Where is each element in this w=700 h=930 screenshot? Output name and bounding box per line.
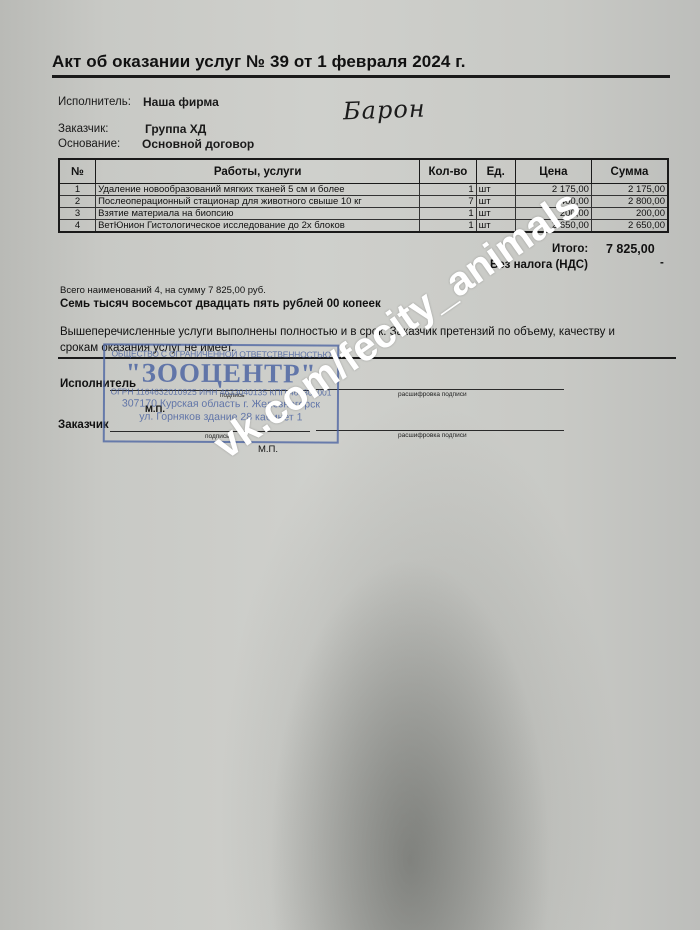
basis-value: Основной договор	[142, 137, 254, 151]
handwritten-note: Барон	[343, 95, 427, 126]
col-header-unit: Ед.	[476, 159, 515, 184]
row-sum: 2 800,00	[591, 196, 668, 208]
row-number: 1	[59, 184, 96, 196]
executor-value: Наша фирма	[143, 95, 219, 109]
customer-value: Группа ХД	[145, 122, 206, 136]
customer-decode-line[interactable]	[316, 430, 564, 431]
row-work: ВетЮнион Гистологическое исследование до…	[96, 220, 420, 233]
title-divider	[52, 75, 670, 78]
row-qty: 1	[420, 208, 476, 220]
customer-signature-label: Заказчик	[58, 419, 109, 431]
vat-value: -	[660, 257, 664, 269]
row-work: Послеоперационный стационар для животног…	[96, 196, 420, 208]
row-number: 2	[59, 196, 96, 208]
row-qty: 7	[420, 196, 476, 208]
total-label: Итого:	[552, 243, 588, 255]
row-sum: 2 650,00	[591, 220, 668, 233]
row-sum: 200,00	[591, 208, 668, 220]
table-header-row: № Работы, услуги Кол-во Ед. Цена Сумма	[59, 159, 668, 184]
row-qty: 1	[420, 220, 476, 233]
col-header-qty: Кол-во	[420, 159, 476, 184]
total-value: 7 825,00	[606, 242, 655, 256]
row-unit: шт	[476, 184, 515, 196]
col-header-work: Работы, услуги	[96, 159, 420, 184]
customer-decode-caption: расшифровка подписи	[398, 432, 467, 439]
row-qty: 1	[420, 184, 476, 196]
executor-decode-caption: расшифровка подписи	[398, 391, 467, 398]
executor-decode-line[interactable]	[316, 389, 564, 390]
customer-label: Заказчик:	[58, 123, 108, 135]
row-number: 3	[59, 208, 96, 220]
table-row: 1Удаление новообразований мягких тканей …	[59, 184, 668, 196]
executor-label: Исполнитель:	[58, 96, 131, 108]
row-unit: шт	[476, 196, 515, 208]
col-header-number: №	[59, 159, 96, 184]
items-count-line: Всего наименований 4, на сумму 7 825,00 …	[60, 285, 266, 296]
amount-in-words: Семь тысяч восемьсот двадцать пять рубле…	[60, 298, 381, 310]
row-sum: 2 175,00	[591, 184, 668, 196]
row-number: 4	[59, 220, 96, 233]
col-header-sum: Сумма	[591, 159, 668, 184]
row-work: Удаление новообразований мягких тканей 5…	[96, 184, 420, 196]
document-title: Акт об оказании услуг № 39 от 1 февраля …	[52, 52, 466, 72]
basis-label: Основание:	[58, 138, 120, 150]
col-header-price: Цена	[515, 159, 591, 184]
row-work: Взятие материала на биопсию	[96, 208, 420, 220]
